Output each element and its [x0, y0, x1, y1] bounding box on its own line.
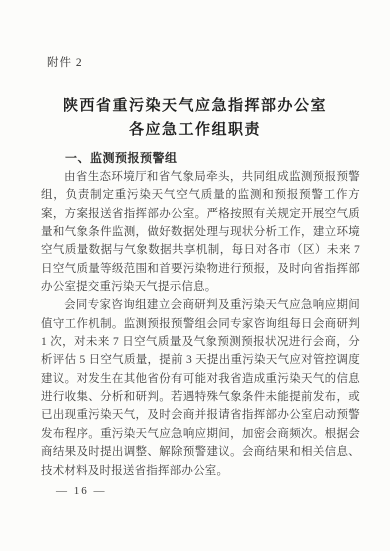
document-page: 附件 2 陕西省重污染天气应急指挥部办公室 各应急工作组职责 一、监测预报预警组… — [0, 0, 390, 551]
document-title: 陕西省重污染天气应急指挥部办公室 各应急工作组职责 — [0, 95, 390, 142]
document-body: 一、监测预报预警组 由省生态环境厅和省气象局牵头，共同组成监测预报预警组，负责制… — [41, 149, 360, 480]
section-heading: 一、监测预报预警组 — [41, 149, 360, 168]
page-number: — 16 — — [56, 485, 107, 497]
title-line-1: 陕西省重污染天气应急指挥部办公室 — [0, 95, 390, 119]
body-paragraph-1: 由省生态环境厅和省气象局牵头，共同组成监测预报预警组，负责制定重污染天气空气质量… — [41, 168, 360, 296]
attachment-label: 附件 2 — [47, 54, 83, 70]
title-line-2: 各应急工作组职责 — [0, 119, 390, 143]
body-paragraph-2: 会同专家咨询组建立会商研判及重污染天气应急响应期间值守工作机制。监测预报预警组会… — [41, 296, 360, 479]
